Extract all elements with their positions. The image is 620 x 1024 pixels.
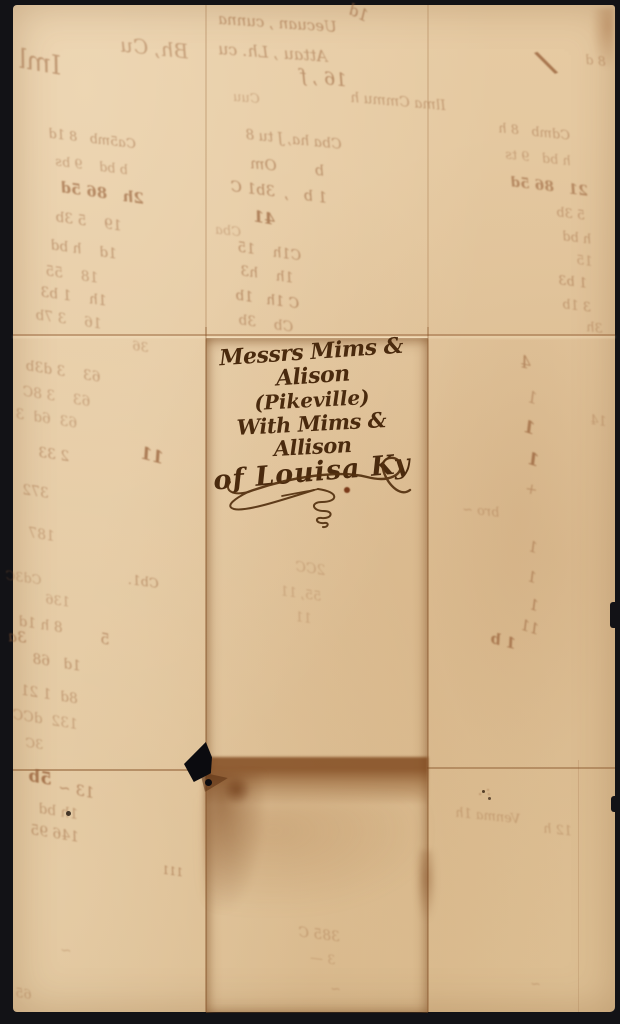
dark-speck <box>66 811 71 816</box>
edge-notch <box>611 796 616 812</box>
paper-hole-speck <box>205 779 212 786</box>
ink-flourish <box>222 452 412 530</box>
dark-speck <box>482 790 485 793</box>
scanned-letter: Uecuan , cunna1dBh, CuImlAttau , Lh. cu1… <box>0 0 620 1024</box>
ink-blot <box>344 487 350 493</box>
right-column-shading <box>430 340 612 770</box>
edge-notch <box>610 602 616 628</box>
dark-speck <box>488 797 491 800</box>
